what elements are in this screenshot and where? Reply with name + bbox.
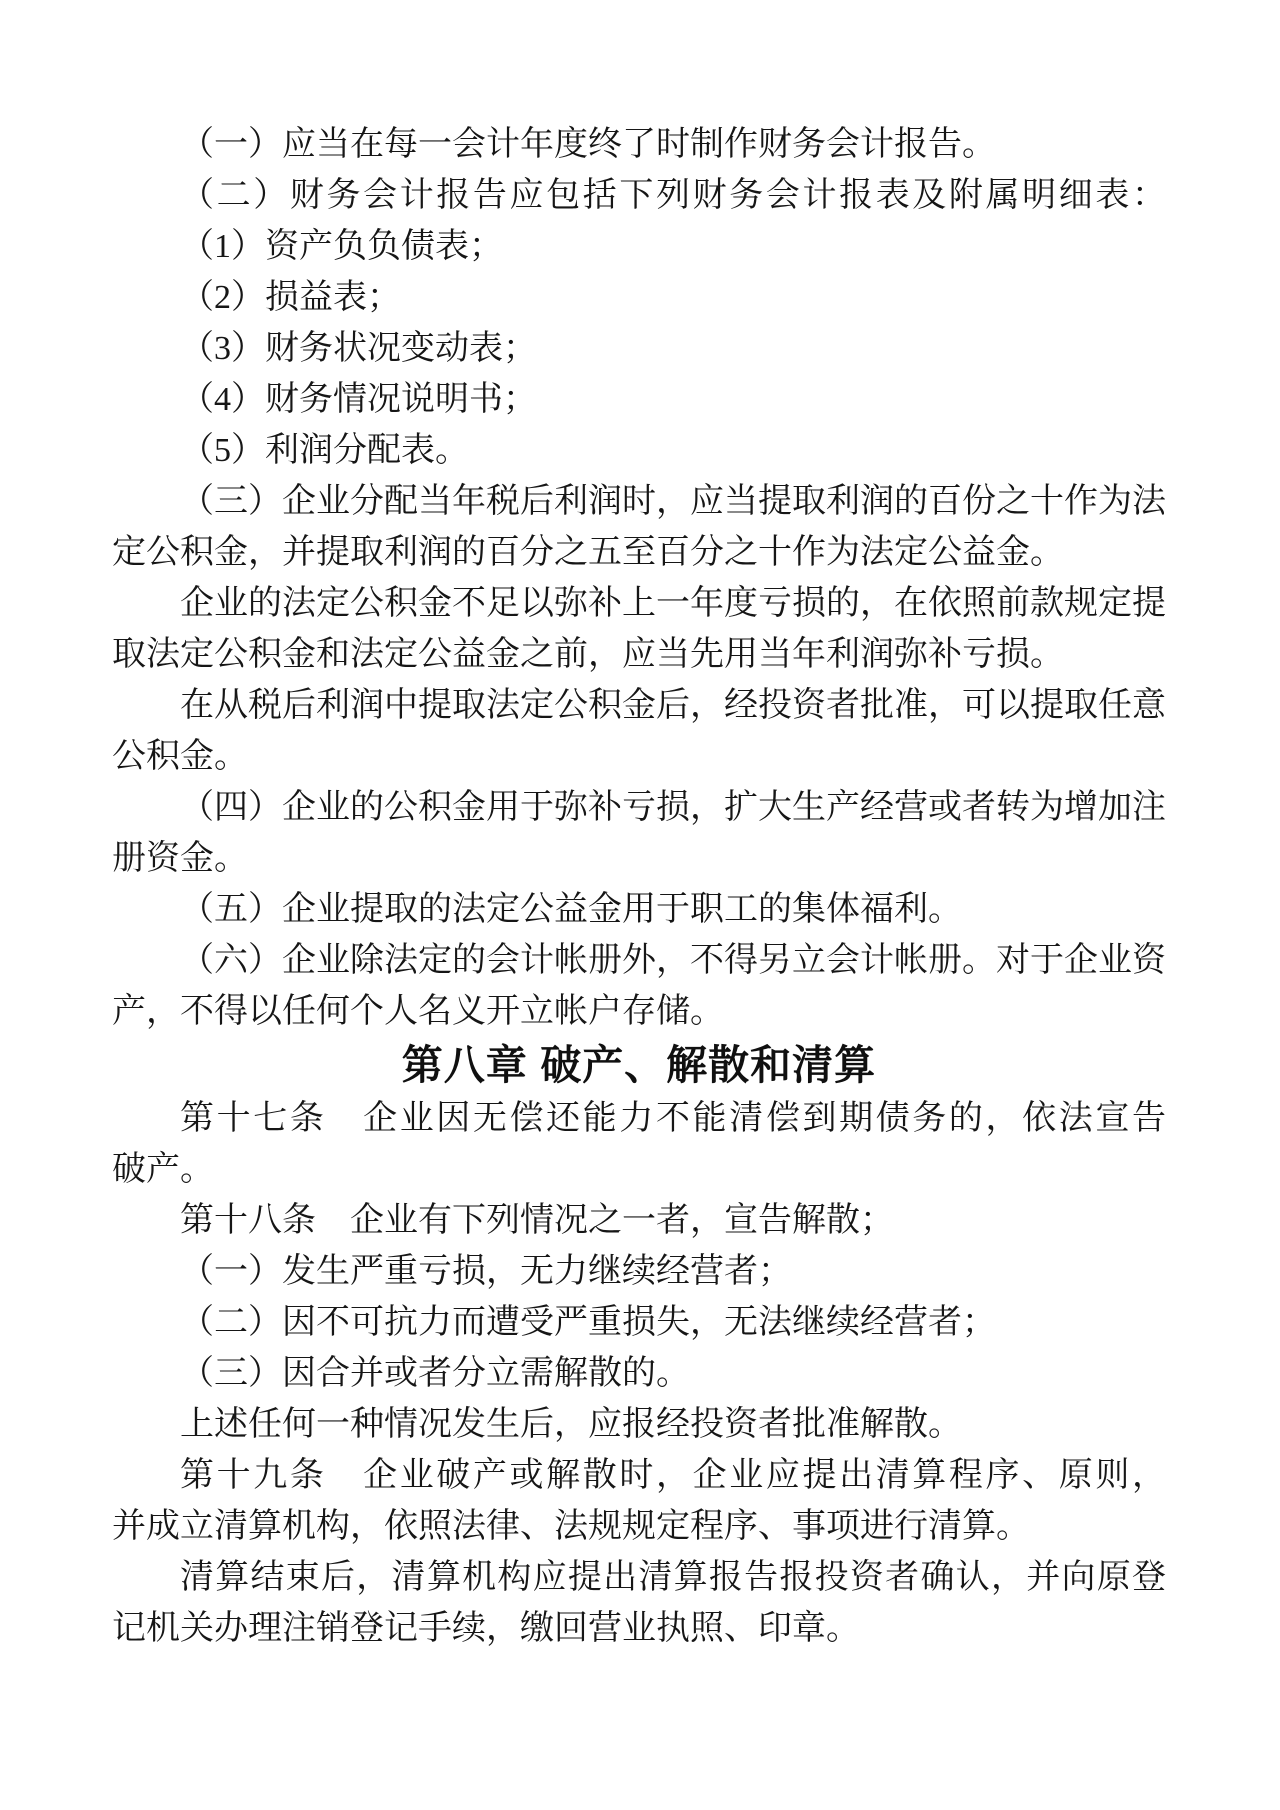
chapter-heading: 第八章 破产、解散和清算 — [112, 1037, 1166, 1093]
text-line: （四）企业的公积金用于弥补亏损，扩大生产经营或者转为增加注 — [112, 782, 1166, 833]
text-line: （2）损益表； — [112, 272, 1166, 323]
text-line: 清算结束后，清算机构应提出清算报告报投资者确认，并向原登 — [112, 1552, 1166, 1603]
text-line: 破产。 — [112, 1144, 1166, 1195]
text-line: （4）财务情况说明书； — [112, 374, 1166, 425]
text-line: 第十八条 企业有下列情况之一者，宣告解散； — [112, 1195, 1166, 1246]
text-line: （六）企业除法定的会计帐册外，不得另立会计帐册。对于企业资 — [112, 935, 1166, 986]
text-line: （一）发生严重亏损，无力继续经营者； — [112, 1246, 1166, 1297]
text-line: 并成立清算机构，依照法律、法规规定程序、事项进行清算。 — [112, 1501, 1166, 1552]
text-line: 第十九条 企业破产或解散时，企业应提出清算程序、原则， — [112, 1450, 1166, 1501]
text-line: （二）财务会计报告应包括下列财务会计报表及附属明细表： — [112, 170, 1166, 221]
text-line: （三）企业分配当年税后利润时，应当提取利润的百份之十作为法 — [112, 476, 1166, 527]
text-line: 记机关办理注销登记手续，缴回营业执照、印章。 — [112, 1603, 1166, 1654]
text-line: （三）因合并或者分立需解散的。 — [112, 1348, 1166, 1399]
text-line: 册资金。 — [112, 833, 1166, 884]
text-line: 定公积金，并提取利润的百分之五至百分之十作为法定公益金。 — [112, 527, 1166, 578]
document-page: （一）应当在每一会计年度终了时制作财务会计报告。 （二）财务会计报告应包括下列财… — [0, 0, 1280, 1810]
text-line: 第十七条 企业因无偿还能力不能清偿到期债务的，依法宣告 — [112, 1093, 1166, 1144]
text-line: 上述任何一种情况发生后，应报经投资者批准解散。 — [112, 1399, 1166, 1450]
text-line: （二）因不可抗力而遭受严重损失，无法继续经营者； — [112, 1297, 1166, 1348]
text-line: （五）企业提取的法定公益金用于职工的集体福利。 — [112, 884, 1166, 935]
text-line: （一）应当在每一会计年度终了时制作财务会计报告。 — [112, 119, 1166, 170]
document-body: （一）应当在每一会计年度终了时制作财务会计报告。 （二）财务会计报告应包括下列财… — [112, 119, 1166, 1654]
text-line: （3）财务状况变动表； — [112, 323, 1166, 374]
text-line: 取法定公积金和法定公益金之前，应当先用当年利润弥补亏损。 — [112, 629, 1166, 680]
text-line: 企业的法定公积金不足以弥补上一年度亏损的，在依照前款规定提 — [112, 578, 1166, 629]
text-line: 产，不得以任何个人名义开立帐户存储。 — [112, 986, 1166, 1037]
text-line: （1）资产负负债表； — [112, 221, 1166, 272]
text-line: 公积金。 — [112, 731, 1166, 782]
text-line: 在从税后利润中提取法定公积金后，经投资者批准，可以提取任意 — [112, 680, 1166, 731]
text-line: （5）利润分配表。 — [112, 425, 1166, 476]
